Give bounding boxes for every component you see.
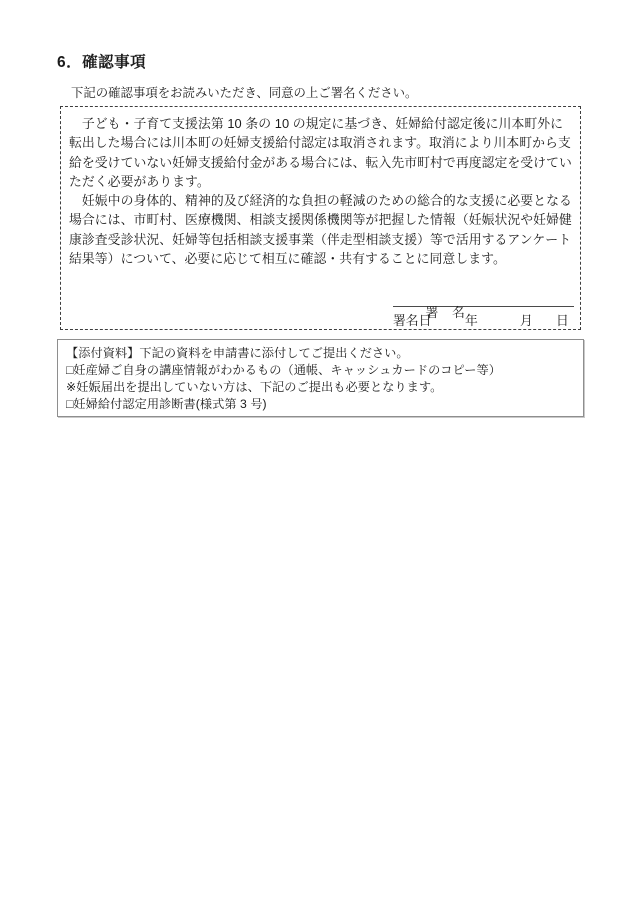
attachments-header: 【添付資料】下記の資料を申請書に添付してご提出ください。 xyxy=(66,345,575,362)
signature-month-label: 月 xyxy=(520,310,533,329)
consent-text-line: 給を受けていない妊婦支援給付金がある場合には、転入先市町村で再度認定を受けてい xyxy=(69,153,572,172)
signature-block: 署 名 署名日 年 月 日 xyxy=(393,287,574,327)
attachments-box: 【添付資料】下記の資料を申請書に添付してご提出ください。 □妊産婦ご自身の講座情… xyxy=(57,339,584,417)
consent-text-line: 結果等）について、必要に応じて相互に確認・共有することに同意します。 xyxy=(69,249,572,268)
signature-date-label: 署名日 xyxy=(393,310,431,329)
signature-date-field[interactable]: 署名日 年 月 日 xyxy=(393,310,574,327)
consent-text-line: 転出した場合には川本町の妊婦支援給付認定は取消されます。取消により川本町から支 xyxy=(69,133,572,152)
attachment-item-account-info: □妊産婦ご自身の講座情報がわかるもの（通帳、キャッシュカードのコピー等） xyxy=(66,362,575,379)
signature-year-label: 年 xyxy=(465,310,478,329)
attachment-item-medical-certificate: □妊婦給付認定用診断書(様式第 3 号) xyxy=(66,396,575,413)
attachments-note: ※妊娠届出を提出していない方は、下記のご提出も必要となります。 xyxy=(66,379,575,396)
signature-name-field[interactable]: 署 名 xyxy=(393,287,574,307)
attachment-item-medical-certificate-label: 妊婦給付認定用診断書(様式第 3 号) xyxy=(73,397,266,411)
section-title: 6．確認事項 xyxy=(57,50,146,72)
attachment-item-account-info-label: 妊産婦ご自身の講座情報がわかるもの（通帳、キャッシュカードのコピー等） xyxy=(73,363,501,377)
document-page: 6．確認事項 下記の確認事項をお読みいただき、同意の上ご署名ください。 子ども・… xyxy=(0,0,630,903)
consent-text-line: 妊娠中の身体的、精神的及び経済的な負担の軽減のための総合的な支援に必要となる xyxy=(69,191,572,210)
consent-paragraph-transfer: 子ども・子育て支援法第 10 条の 10 の規定に基づき、妊婦給付認定後に川本町… xyxy=(69,114,572,191)
consent-text-line: 場合には、市町村、医療機関、相談支援関係機関等が把握した情報（妊娠状況や妊婦健 xyxy=(69,210,572,229)
instruction-text: 下記の確認事項をお読みいただき、同意の上ご署名ください。 xyxy=(71,83,417,101)
consent-paragraph-info-sharing: 妊娠中の身体的、精神的及び経済的な負担の軽減のための総合的な支援に必要となる 場… xyxy=(69,191,572,268)
consent-text-line: 康診査受診状況、妊婦等包括相談支援事業（伴走型相談支援）等で活用するアンケート xyxy=(69,230,572,249)
signature-day-label: 日 xyxy=(556,310,569,329)
consent-text-line: 子ども・子育て支援法第 10 条の 10 の規定に基づき、妊婦給付認定後に川本町… xyxy=(69,114,572,133)
consent-text-line: ただく必要があります。 xyxy=(69,172,572,191)
consent-statement-box: 子ども・子育て支援法第 10 条の 10 の規定に基づき、妊婦給付認定後に川本町… xyxy=(60,106,581,330)
